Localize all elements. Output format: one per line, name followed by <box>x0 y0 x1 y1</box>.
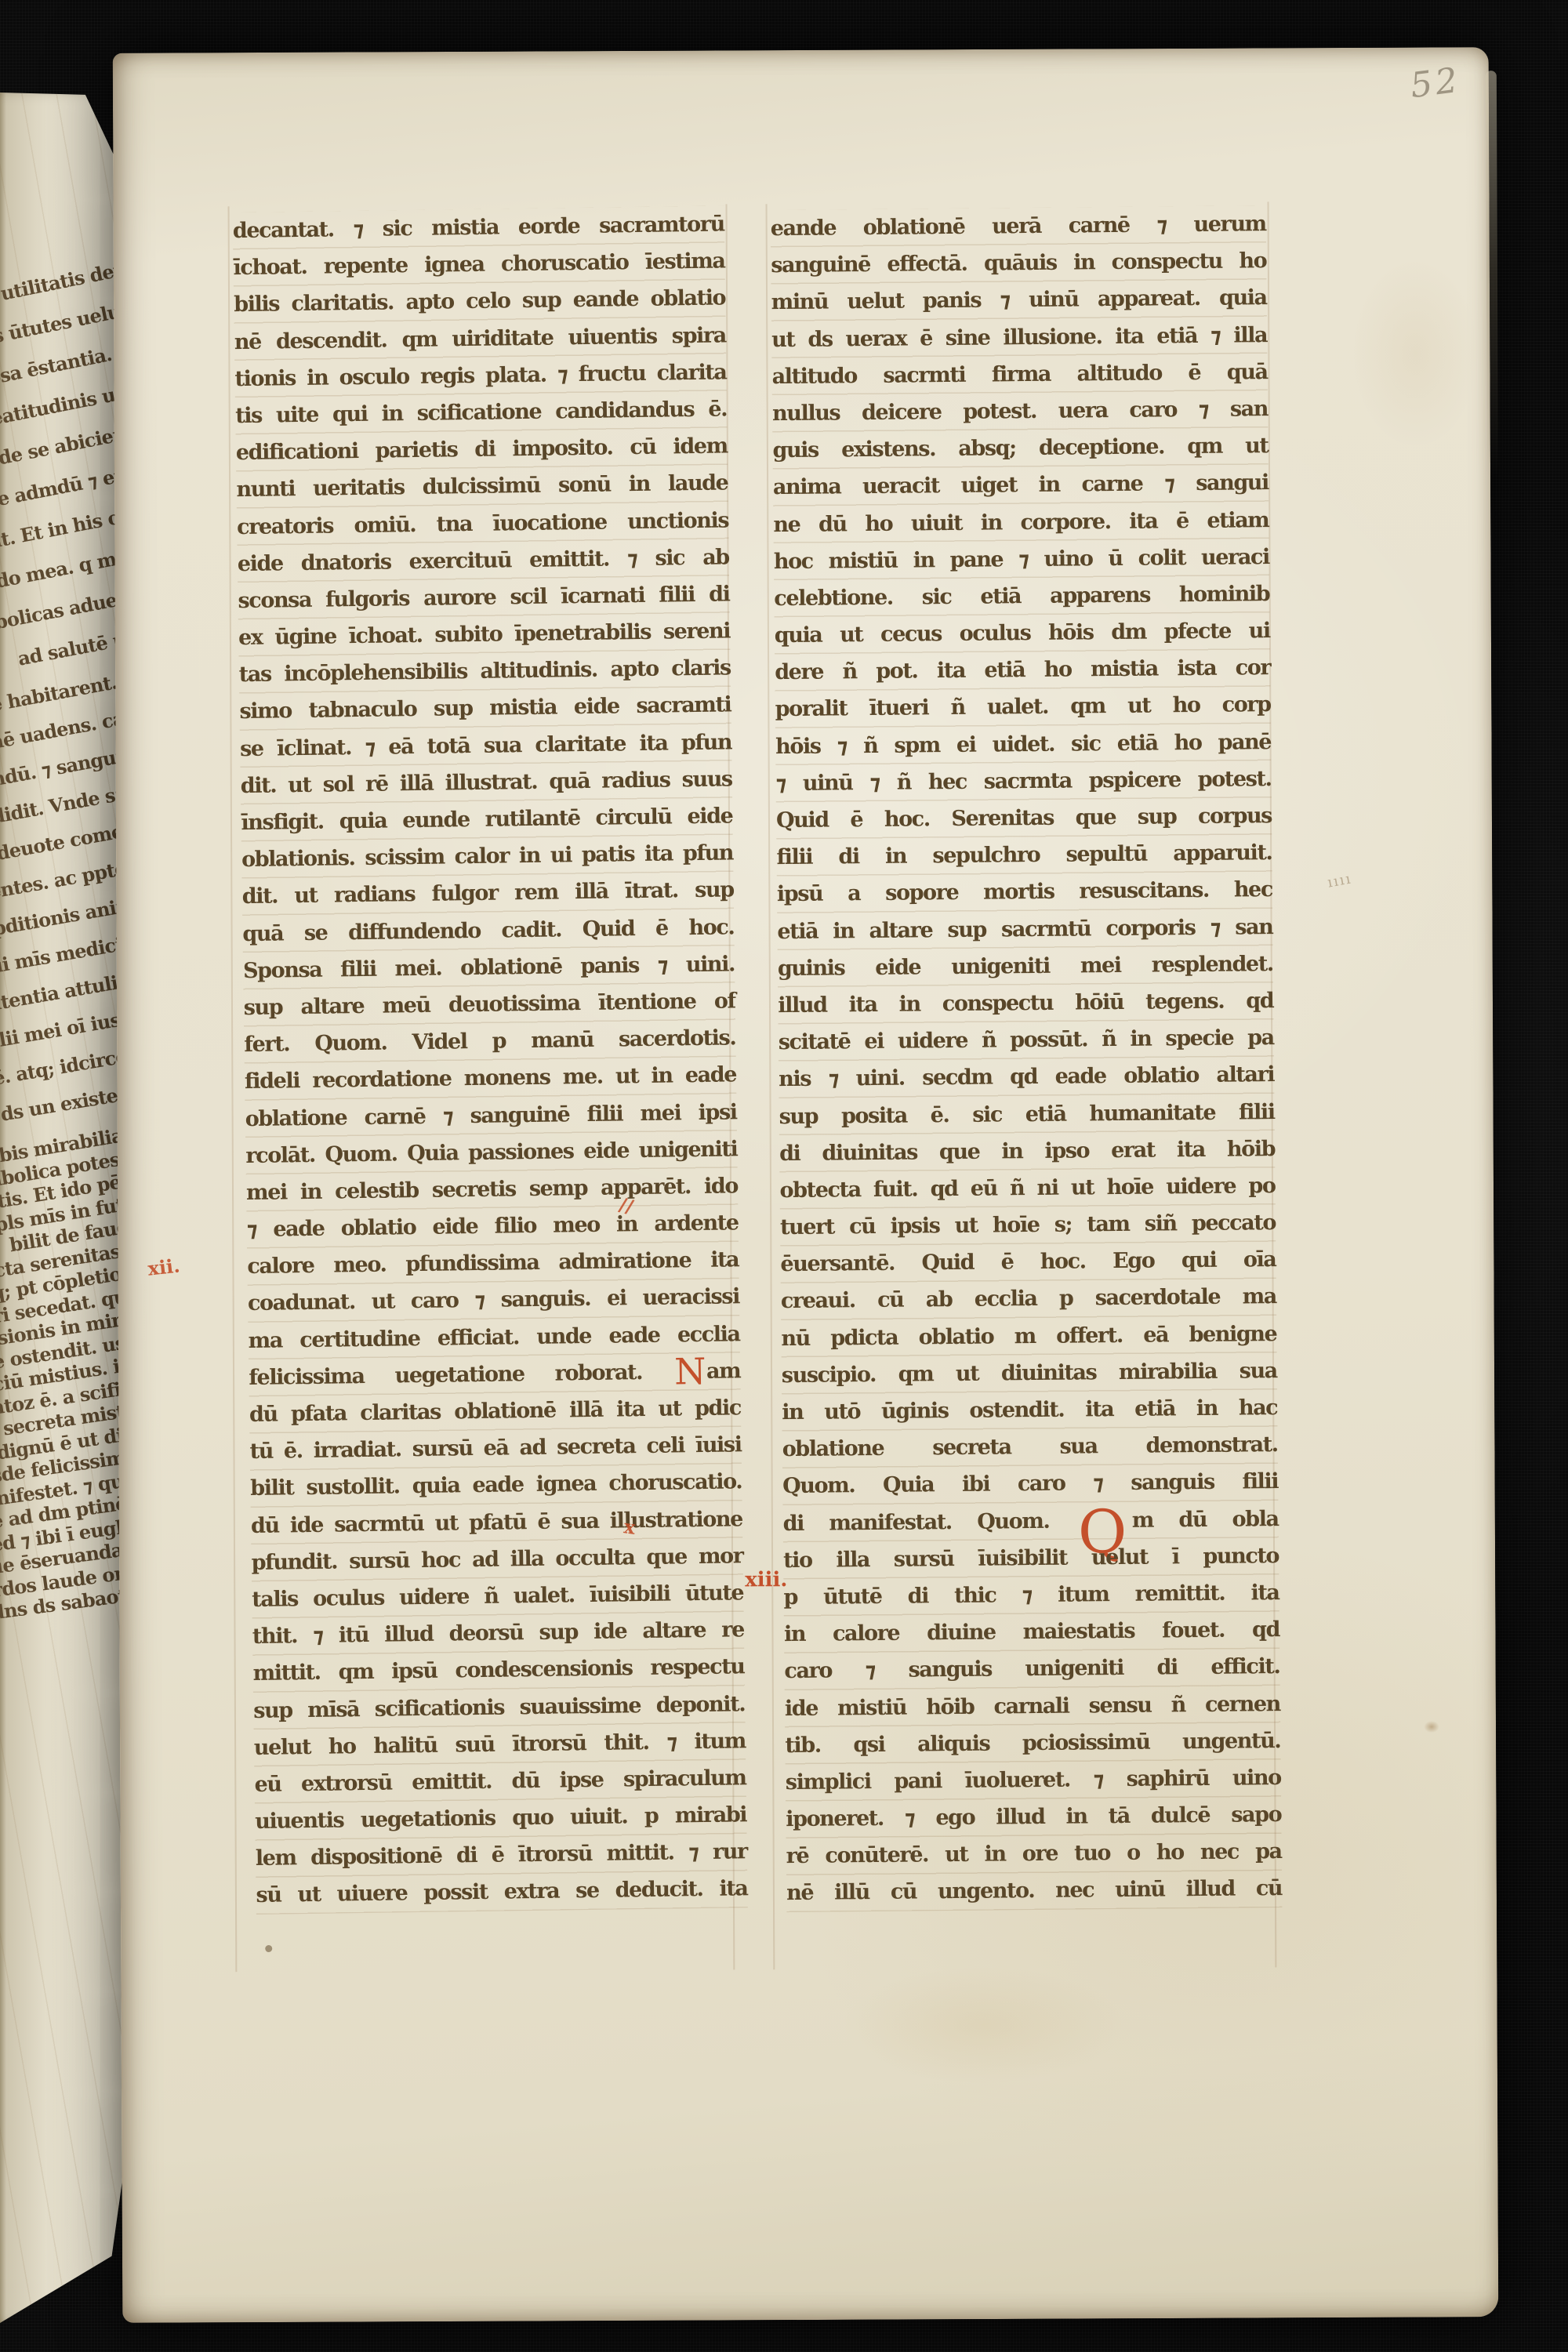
manuscript-text-line: etiā in altare sup sacrmtū corporis ⁊ sa… <box>777 909 1272 950</box>
manuscript-text-line: anima ueracit uiget in carne ⁊ sangui <box>773 464 1269 506</box>
photograph-background: as bone utilitatis depclarissimas ūtutes… <box>0 0 1568 2352</box>
stain <box>1421 1719 1442 1734</box>
manuscript-text-line: nunti ueritatis dulcissimū sonū in laude <box>236 465 728 509</box>
manuscript-text-line: Quom. Quia ibi caro ⁊ sanguis filii <box>782 1463 1278 1504</box>
manuscript-text-line: ide mistiū hōib carnali sensu ñ cernen <box>785 1686 1280 1727</box>
manuscript-text-line: ne dū ho uiuit in corpore. ita ē etiam <box>773 502 1269 543</box>
manuscript-text-line: Quid ē hoc. Serenitas que sup corpus <box>776 797 1272 839</box>
manuscript-text-line: quia ut cecus oculus hōis dm pfecte ui <box>775 612 1270 654</box>
manuscript-text-line: creaui. cū ab ecclia p sacerdotale ma <box>781 1278 1276 1319</box>
manuscript-text-line: tuert cū ipsis ut hoīe s; tam siñ peccat… <box>780 1204 1276 1246</box>
manuscript-text-line: p ūtutē di thic ⁊ itum remittit. ita <box>783 1574 1279 1616</box>
manuscript-text-line: bilis claritatis. apto celo sup eande ob… <box>234 280 726 324</box>
manuscript-text-line: di manifestat. Quom. Qm dū obla <box>782 1501 1278 1542</box>
manuscript-text-line: rcolāt. Quom. Quia passiones eide unigen… <box>245 1131 738 1174</box>
stain <box>1337 235 1494 471</box>
manuscript-text-line: oblatione secreta sua demonstrat. <box>782 1426 1278 1468</box>
manuscript-text-line: rē conūterē. ut in ore tuo o ho nec pa <box>786 1833 1282 1875</box>
manuscript-text-line: oblatione carnē ⁊ sanguinē filii mei ips… <box>245 1094 737 1138</box>
manuscript-text-line: uelut ho halitū suū ītrorsū thit. ⁊ itum <box>254 1722 746 1766</box>
line-text: felicissima uegetatione roborat. <box>249 1359 673 1390</box>
manuscript-text-line: bilit sustollit. quia eade ignea chorusc… <box>250 1464 742 1508</box>
manuscript-text-line: illud ita in conspectu hōiū tegens. qd <box>778 982 1273 1024</box>
manuscript-text-line: ma certitudine efficiat. unde eade eccli… <box>248 1316 740 1359</box>
manuscript-text-line: celebtione. sic etiā apparens hominib <box>774 575 1269 617</box>
manuscript-text-line: hoc mistiū in pane ⁊ uino ū colit ueraci <box>774 539 1269 580</box>
manuscript-text-line: coadunat. ut caro ⁊ sanguis. ei ueraciss… <box>248 1279 740 1323</box>
manuscript-text-line: guis existens. absq; deceptione. qm ut <box>772 427 1268 469</box>
manuscript-text-line: in calore diuine maiestatis fouet. qd <box>784 1611 1279 1653</box>
manuscript-text-line: nē illū cū ungento. nec uinū illud cū <box>786 1870 1282 1911</box>
manuscript-text-line: ipsū a sopore mortis resuscitans. hec <box>777 871 1272 913</box>
manuscript-text-line: altitudo sacrmti firma altitudo ē quā <box>771 354 1267 395</box>
manuscript-text-line: tio illa sursū īuisibilit uelut ī puncto <box>783 1537 1279 1579</box>
manuscript-text-line: sū ut uiuere possit extra se deducit. it… <box>256 1871 748 1915</box>
manuscript-text-line: guinis eide unigeniti mei resplendet. <box>778 946 1273 987</box>
manuscript-text-line: nē descendit. qm uiriditate uiuentis spi… <box>234 317 727 361</box>
line-text: m dū obla <box>1132 1507 1279 1533</box>
manuscript-text-line: iponeret. ⁊ ego illud in tā dulcē sapo <box>786 1796 1281 1838</box>
manuscript-text-line: eande oblationē uerā carnē ⁊ uerum <box>771 205 1266 247</box>
manuscript-text-line: dit. ut radians fulgor rem illā ītrat. s… <box>241 872 734 916</box>
rubric-initial-n: N <box>674 1350 706 1393</box>
manuscript-text-line: suscipio. qm ut diuinitas mirabilia sua <box>782 1352 1277 1394</box>
manuscript-text-line: creatoris omiū. tna īuocatione unctionis <box>237 502 729 546</box>
manuscript-text-line: nū pdicta oblatio m offert. eā benigne <box>781 1316 1276 1357</box>
manuscript-text-line: ēuersantē. Quid ē hoc. Ego qui oīa <box>780 1241 1276 1283</box>
line-text: am <box>706 1359 741 1384</box>
line-text: di manifestat. Quom. <box>783 1508 1076 1536</box>
manuscript-page: 52 decantat. ⁊ sic mistia eorde sacramto… <box>113 47 1499 2323</box>
manuscript-text-line: dū ide sacrmtū ut pfatū ē sua illustrati… <box>251 1501 743 1544</box>
folio-number: 52 <box>1408 60 1463 107</box>
manuscript-text-line: fideli recordatione monens me. ut in ead… <box>245 1057 737 1101</box>
chapter-number-xiii: xiii. <box>745 1568 787 1592</box>
page-fore-edge <box>1486 71 1498 478</box>
manuscript-text-line: poralit ītueri ñ ualet. qm ut ho corp <box>775 687 1270 728</box>
manuscript-text-line: di diuinitas que in ipso erat ita hōib <box>779 1131 1275 1172</box>
manuscript-text-line: scitatē ei uidere ñ possūt. ñ in specie … <box>779 1019 1274 1061</box>
text-column-right: eande oblationē uerā carnē ⁊ uerumsangui… <box>771 205 1283 1912</box>
manuscript-text-line: hōis ⁊ ñ spm ei uidet. sic etiā ho panē <box>775 724 1271 765</box>
manuscript-text-line: in utō ūginis ostendit. ita etiā in hac <box>782 1389 1277 1431</box>
manuscript-text-line: nis ⁊ uini. secdm qd eade oblatio altari <box>779 1056 1274 1098</box>
manuscript-text-line: sup mīsā scificationis suauissime deponi… <box>253 1686 746 1730</box>
manuscript-text-line: ut ds uerax ē sine illusione. ita etiā ⁊… <box>771 317 1267 358</box>
manuscript-text-line: minū uelut panis ⁊ uinū appareat. quia <box>771 279 1266 321</box>
manuscript-text-line: simo tabnaculo sup mistia eide sacramti <box>239 687 731 731</box>
stain <box>795 1946 1172 2104</box>
manuscript-text-line: sanguinē effectā. quāuis in conspectu ho <box>771 242 1266 284</box>
text-column-left: decantat. ⁊ sic mistia eorde sacramtorūī… <box>233 205 748 1914</box>
manuscript-text-line: sup posita ē. sic etiā humanitate filii <box>779 1094 1274 1135</box>
manuscript-text-line: simplici pani īuolueret. ⁊ saphirū uino <box>786 1759 1281 1801</box>
pen-trial-marks: ıııı <box>1327 870 1353 891</box>
manuscript-text-line: mittit. qm ipsū condescensionis respectu <box>252 1649 745 1693</box>
manuscript-text-line: filii di in sepulchro sepultū apparuit. <box>776 834 1272 876</box>
manuscript-text-line: se īclinat. ⁊ eā totā sua claritate ita … <box>240 724 732 768</box>
manuscript-text-line: dere ñ pot. ita etiā ho mistia ista cor <box>775 649 1270 691</box>
manuscript-text-line: obtecta fuit. qd eū ñ ni ut hoīe uidere … <box>779 1167 1275 1209</box>
manuscript-text-line: caro ⁊ sanguis unigeniti di efficit. <box>784 1648 1279 1690</box>
manuscript-text-line: ⁊ uinū ⁊ ñ hec sacrmta pspicere potest. <box>775 760 1271 802</box>
manuscript-text-line: nullus deicere potest. uera caro ⁊ san <box>772 390 1268 432</box>
manuscript-text-line: quā se diffundendo cadit. Quid ē hoc. <box>242 909 735 953</box>
manuscript-text-line: eide dnatoris exercituū emittit. ⁊ sic a… <box>238 539 730 583</box>
manuscript-text-line: tib. qsi aliquis pciosissimū ungentū. <box>785 1722 1280 1764</box>
chapter-number-xii: xii. <box>147 1254 181 1279</box>
stain <box>265 1945 272 1952</box>
